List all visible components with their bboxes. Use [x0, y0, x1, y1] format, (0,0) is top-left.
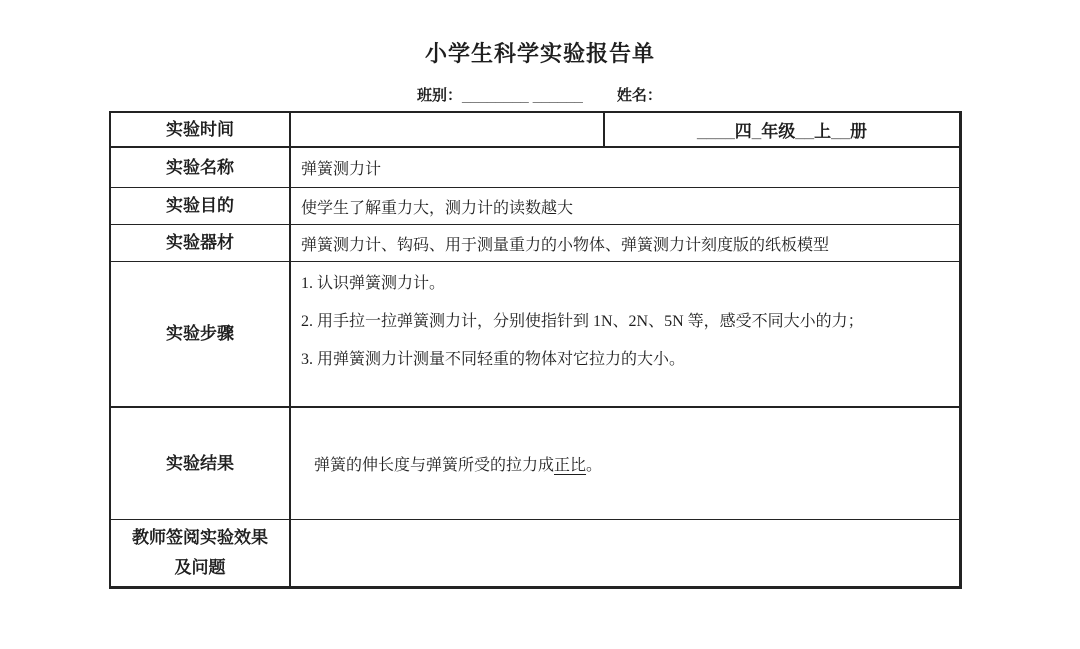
class-blank-line-1: ________	[462, 88, 529, 105]
experiment-step: 1. 认识弹簧测力计。	[301, 265, 945, 303]
page-title: 小学生科学实验报告单	[0, 37, 1080, 68]
result-text-underlined: 正比	[554, 452, 586, 475]
name-label: 姓名：	[617, 84, 662, 105]
experiment-result-label: 实验结果	[111, 408, 291, 519]
grade-volume-text: ____四_年级__上__册	[605, 113, 959, 146]
result-text-before: 弹簧的伸长度与弹簧所受的拉力成	[314, 452, 554, 475]
row-teacher-review: 教师签阅实验效果 及问题	[111, 520, 959, 586]
experiment-time-value-cell	[291, 113, 605, 146]
experiment-purpose-label: 实验目的	[111, 188, 291, 224]
experiment-result-value: 弹簧的伸长度与弹簧所受的拉力成 正比 。	[291, 408, 959, 519]
experiment-materials-value: 弹簧测力计、钩码、用于测量重力的小物体、弹簧测力计刻度版的纸板模型	[291, 225, 959, 261]
experiment-steps-list: 1. 认识弹簧测力计。 2. 用手拉一拉弹簧测力计，分别使指针到 1N、2N、5…	[291, 262, 959, 406]
class-label: 班别：	[417, 84, 462, 105]
class-blank-line-2: ______	[533, 88, 583, 105]
experiment-report-table: 实验时间 ____四_年级__上__册 实验名称 弹簧测力计 实验目的 使学生了…	[109, 111, 962, 589]
experiment-step: 3. 用弹簧测力计测量不同轻重的物体对它拉力的大小。	[301, 341, 945, 379]
row-experiment-steps: 实验步骤 1. 认识弹簧测力计。 2. 用手拉一拉弹簧测力计，分别使指针到 1N…	[111, 262, 959, 408]
teacher-review-label-line1: 教师签阅实验效果	[132, 523, 268, 553]
experiment-step: 2. 用手拉一拉弹簧测力计，分别使指针到 1N、2N、5N 等，感受不同大小的力…	[301, 303, 945, 341]
experiment-steps-label: 实验步骤	[111, 262, 291, 406]
teacher-review-label: 教师签阅实验效果 及问题	[111, 520, 291, 586]
row-experiment-materials: 实验器材 弹簧测力计、钩码、用于测量重力的小物体、弹簧测力计刻度版的纸板模型	[111, 225, 959, 262]
row-experiment-purpose: 实验目的 使学生了解重力大，测力计的读数越大	[111, 188, 959, 225]
experiment-purpose-value: 使学生了解重力大，测力计的读数越大	[291, 188, 959, 224]
class-name-line: 班别： ________ ______ 姓名：	[417, 84, 662, 105]
teacher-review-value-cell	[291, 520, 959, 586]
experiment-materials-label: 实验器材	[111, 225, 291, 261]
row-experiment-time: 实验时间 ____四_年级__上__册	[111, 113, 959, 148]
row-experiment-name: 实验名称 弹簧测力计	[111, 148, 959, 188]
teacher-review-label-line2: 及问题	[175, 553, 226, 583]
experiment-time-label: 实验时间	[111, 113, 291, 146]
experiment-name-label: 实验名称	[111, 148, 291, 187]
row-experiment-result: 实验结果 弹簧的伸长度与弹簧所受的拉力成 正比 。	[111, 408, 959, 520]
experiment-name-value: 弹簧测力计	[291, 148, 959, 187]
result-text-after: 。	[586, 452, 602, 475]
